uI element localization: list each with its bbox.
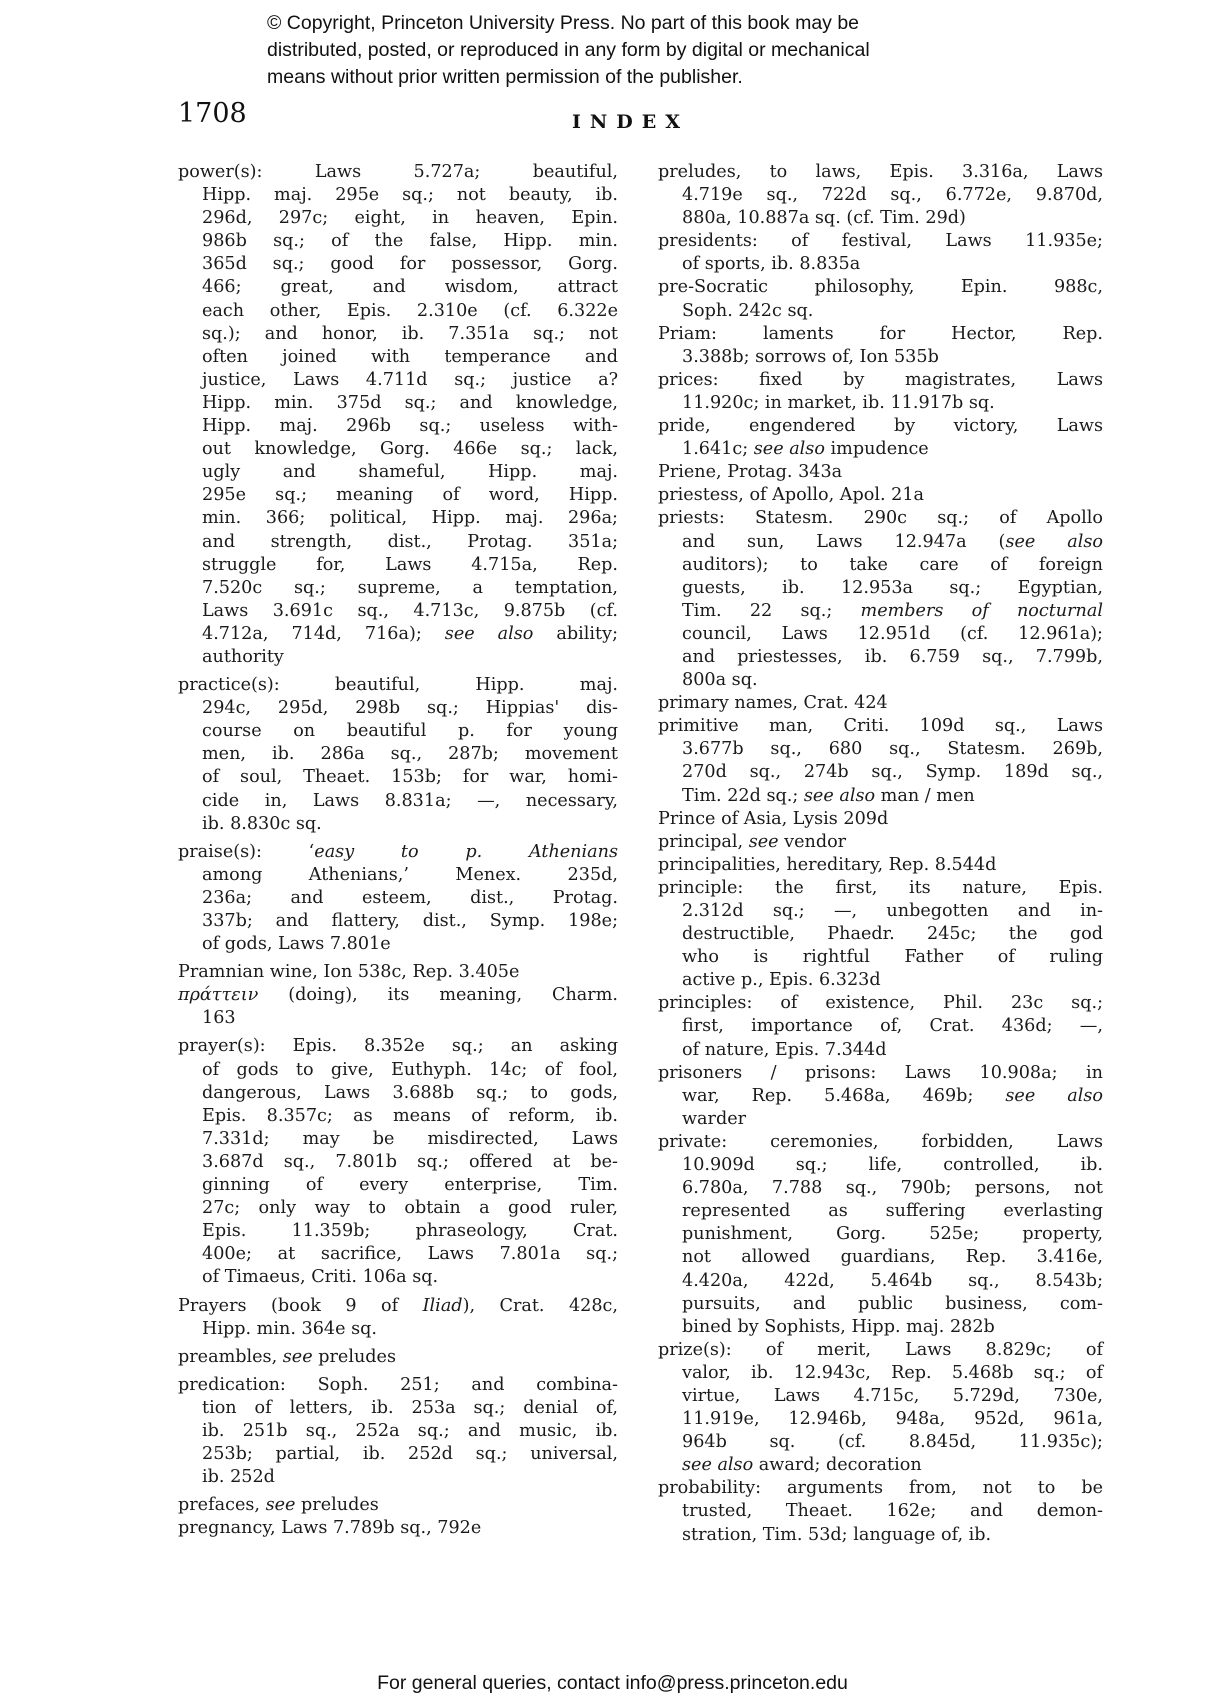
entry-continuation: ugly and shameful, Hipp. maj. [178, 461, 618, 484]
entry-continuation: and sun, Laws 12.947a (see also [658, 531, 1103, 554]
entry-continuation: 4.719e sq., 722d sq., 6.772e, 9.870d, [658, 184, 1103, 207]
entry-continuation: 3.687d sq., 7.801b sq.; offered at be- [178, 1151, 618, 1174]
index-entry: principles: of existence, Phil. 23c sq.;… [658, 992, 1103, 1061]
entry-text: of sports, ib. 8.835a [682, 254, 860, 274]
entry-text: 4.719e sq., 722d sq., 6.772e, 9.870d, [682, 185, 1103, 205]
entry-continuation: 10.909d sq.; life, controlled, ib. [658, 1154, 1103, 1177]
index-entry: probability: arguments from, not to betr… [658, 1477, 1103, 1546]
entry-continuation: see also award; decoration [658, 1454, 1103, 1477]
entry-text: sq.); and honor, ib. 7.351a sq.; not [202, 324, 618, 344]
footer-contact: For general queries, contact info@press.… [0, 1672, 1225, 1695]
italic-text: see also [754, 439, 825, 459]
entry-continuation: 253b; partial, ib. 252d sq.; universal, [178, 1443, 618, 1466]
index-entry: principalities, hereditary, Rep. 8.544d [658, 854, 1103, 877]
entry-text: punishment, Gorg. 525e; property, [682, 1224, 1103, 1244]
entry-text: auditors); to take care of foreign [682, 555, 1103, 575]
entry-continuation: cide in, Laws 8.831a; —, necessary, [178, 790, 618, 813]
entry-continuation: out knowledge, Gorg. 466e sq.; lack, [178, 438, 618, 461]
index-entry: practice(s): beautiful, Hipp. maj.294c, … [178, 674, 618, 836]
entry-headline: pre-Socratic philosophy, Epin. 988c, [658, 276, 1103, 299]
entry-text: eight, in heaven, Epin. [355, 208, 618, 228]
entry-text: Tim. 22d sq.; [682, 786, 804, 806]
entry-continuation: often joined with temperance and [178, 346, 618, 369]
entry-text: warder [682, 1109, 746, 1129]
entry-text: Prayers (book 9 of [178, 1296, 423, 1316]
entry-text: among Athenians,’ Menex. 235d, [202, 865, 618, 885]
entry-continuation: 365d sq.; good for possessor, Gorg. [178, 253, 618, 276]
entry-continuation: and priestesses, ib. 6.759 sq., 7.799b, [658, 646, 1103, 669]
entry-text: 236a; and esteem, dist., Protag. [202, 888, 618, 908]
entry-text: ib. 252d [202, 1467, 275, 1487]
index-entry: Priam: laments for Hector, Rep.3.388b; s… [658, 323, 1103, 369]
entry-text: Hipp. min. 364e sq. [202, 1319, 377, 1339]
index-entry: predication: Soph. 251; and combina-tion… [178, 1374, 618, 1489]
italic-text: see [749, 832, 779, 852]
entry-continuation: ginning of every enterprise, Tim. [178, 1174, 618, 1197]
entry-continuation: justice, Laws 4.711d sq.; justice a? [178, 369, 618, 392]
entry-text: Priene, Protag. 343a [658, 462, 842, 482]
entry-text: 11.920c; in market, ib. 11.917b sq. [682, 393, 995, 413]
entry-text: and priestesses, ib. 6.759 sq., 7.799b, [682, 647, 1103, 667]
entry-continuation: of nature, Epis. 7.344d [658, 1039, 1103, 1062]
entry-continuation: struggle for, Laws 4.715a, Rep. [178, 554, 618, 577]
italic-text: see [283, 1347, 313, 1367]
italic-text: Iliad [423, 1296, 463, 1316]
italic-text: easy to p. Athenians [314, 842, 618, 862]
index-entry: principal, see vendor [658, 831, 1103, 854]
entry-text: pursuits, and public business, com- [682, 1294, 1103, 1314]
entry-text: ugly and shameful, Hipp. maj. [202, 462, 618, 482]
entry-text: Laws 3.691c sq., 4.713c, 9.875b (cf. [202, 601, 618, 621]
index-column-left: power(s): Laws 5.727a; beautiful,Hipp. m… [178, 161, 618, 1545]
entry-text: 800a sq. [682, 670, 758, 690]
entry-continuation: represented as suffering everlasting [658, 1200, 1103, 1223]
entry-headline: principal, see vendor [658, 831, 1103, 854]
entry-text: of gods to give, Euthyph. 14c; of fool, [202, 1060, 618, 1080]
index-entry: pride, engendered by victory, Laws1.641c… [658, 415, 1103, 461]
entry-text: active p., Epis. 6.323d [682, 970, 881, 990]
entry-continuation: not allowed guardians, Rep. 3.416e, [658, 1246, 1103, 1269]
entry-continuation: course on beautiful p. for young [178, 720, 618, 743]
entry-headline: preludes, to laws, Epis. 3.316a, Laws [658, 161, 1103, 184]
entry-text: men, ib. 286a sq., 287b; movement [202, 744, 618, 764]
entry-continuation: destructible, Phaedr. 245c; the god [658, 923, 1103, 946]
entry-continuation: of Timaeus, Criti. 106a sq. [178, 1266, 618, 1289]
index-entry: prisoners / prisons: Laws 10.908a; inwar… [658, 1062, 1103, 1131]
italic-text: see also [1005, 532, 1103, 552]
entry-headline: prices: fixed by magistrates, Laws [658, 369, 1103, 392]
entry-headline: principle: the first, its nature, Epis. [658, 877, 1103, 900]
italic-text: see also [804, 786, 875, 806]
entry-text: Pramnian wine, Ion 538c, Rep. 3.405e [178, 962, 519, 982]
entry-continuation: 2.312d sq.; —, unbegotten and in- [658, 900, 1103, 923]
entry-text: predication: Soph. 251; and combina- [178, 1375, 618, 1395]
entry-continuation: guests, ib. 12.953a sq.; Egyptian, [658, 577, 1103, 600]
index-entry: pregnancy, Laws 7.789b sq., 792e [178, 1517, 618, 1540]
entry-text: man / men [875, 786, 975, 806]
entry-text: Hipp. maj. 295e sq.; not beauty, ib. [202, 185, 618, 205]
entry-text: war, Rep. 5.468a, 469b; [682, 1086, 1005, 1106]
entry-text: 337b; and flattery, dist., Symp. 198e; [202, 911, 618, 931]
entry-text: impudence [825, 439, 929, 459]
entry-continuation: of gods, Laws 7.801e [178, 933, 618, 956]
entry-continuation: among Athenians,’ Menex. 235d, [178, 864, 618, 887]
copyright-notice: © Copyright, Princeton University Press.… [267, 10, 987, 91]
entry-continuation: 11.920c; in market, ib. 11.917b sq. [658, 392, 1103, 415]
entry-continuation: Laws 3.691c sq., 4.713c, 9.875b (cf. [178, 600, 618, 623]
entry-continuation: men, ib. 286a sq., 287b; movement [178, 743, 618, 766]
index-entry: primary names, Crat. 424 [658, 692, 1103, 715]
entry-text: primary names, Crat. 424 [658, 693, 888, 713]
entry-continuation: 163 [178, 1007, 618, 1030]
entry-continuation: auditors); to take care of foreign [658, 554, 1103, 577]
index-entry: πράττειν (doing), its meaning, Charm.163 [178, 984, 618, 1030]
entry-continuation: 880a, 10.887a sq. (cf. Tim. 29d) [658, 207, 1103, 230]
copyright-line: distributed, posted, or reproduced in an… [267, 37, 987, 64]
index-entry: Prayers (book 9 of Iliad), Crat. 428c,Hi… [178, 1295, 618, 1341]
entry-continuation: 6.780a, 7.788 sq., 790b; persons, not [658, 1177, 1103, 1200]
entry-text: (doing), its meaning, Charm. [258, 985, 618, 1005]
entry-headline: pride, engendered by victory, Laws [658, 415, 1103, 438]
index-entry: prefaces, see preludes [178, 1494, 618, 1517]
entry-continuation: Hipp. maj. 296b sq.; useless with- [178, 415, 618, 438]
entry-continuation: 400e; at sacrifice, Laws 7.801a sq.; [178, 1243, 618, 1266]
entry-headline: priests: Statesm. 290c sq.; of Apollo [658, 507, 1103, 530]
entry-continuation: and strength, dist., Protag. 351a; [178, 531, 618, 554]
entry-continuation: 337b; and flattery, dist., Symp. 198e; [178, 910, 618, 933]
entry-text: 163 [202, 1008, 236, 1028]
entry-text: 3.687d sq., 7.801b sq.; offered at be- [202, 1152, 618, 1172]
entry-text: ginning of every enterprise, Tim. [202, 1175, 618, 1195]
entry-continuation: Hipp. min. 364e sq. [178, 1318, 618, 1341]
entry-text: 4.712a, 714d, 716a); [202, 624, 445, 644]
entry-continuation: Hipp. min. 375d sq.; and knowledge, [178, 392, 618, 415]
entry-continuation: virtue, Laws 4.715c, 5.729d, 730e, [658, 1385, 1103, 1408]
entry-text: prices: fixed by magistrates, Laws [658, 370, 1103, 390]
index-column-right: preludes, to laws, Epis. 3.316a, Laws4.7… [658, 161, 1103, 1547]
entry-text: of soul, Theaet. 153b; for war, homi- [202, 767, 618, 787]
entry-continuation: council, Laws 12.951d (cf. 12.961a); [658, 623, 1103, 646]
entry-headline: prefaces, see preludes [178, 1494, 618, 1517]
italic-text: members of nocturnal [861, 601, 1103, 621]
entry-continuation: authority [178, 646, 618, 669]
entry-headline: practice(s): beautiful, Hipp. maj. [178, 674, 618, 697]
entry-continuation: 270d sq., 274b sq., Symp. 189d sq., [658, 761, 1103, 784]
entry-continuation: first, importance of, Crat. 436d; —, [658, 1015, 1103, 1038]
entry-text: power(s): Laws 5.727a; beautiful, [178, 162, 618, 182]
italic-text: see also [682, 1455, 753, 1475]
italic-text: see [266, 1495, 296, 1515]
entry-continuation: of sports, ib. 8.835a [658, 253, 1103, 276]
entry-headline: prayer(s): Epis. 8.352e sq.; an asking [178, 1035, 618, 1058]
entry-text: 253b; partial, ib. 252d sq.; universal, [202, 1444, 618, 1464]
entry-text: primitive man, Criti. 109d sq., Laws [658, 716, 1103, 736]
entry-text: and strength, dist., Protag. 351a; [202, 532, 618, 552]
entry-text: pride, engendered by victory, Laws [658, 416, 1103, 436]
entry-text: Hipp. min. 375d sq.; and knowledge, [202, 393, 618, 413]
entry-headline: primitive man, Criti. 109d sq., Laws [658, 715, 1103, 738]
entry-text: often joined with temperance and [202, 347, 618, 367]
entry-text: 3.677b sq., 680 sq., Statesm. 269b, [682, 739, 1103, 759]
entry-continuation: sq.); and honor, ib. 7.351a sq.; not [178, 323, 618, 346]
entry-text: 986b sq.; of the false, Hipp. min. [202, 231, 618, 251]
entry-text: 7.520c sq.; supreme, a temptation, [202, 578, 618, 598]
entry-continuation: 294c, 295d, 298b sq.; Hippias' dis- [178, 697, 618, 720]
entry-text: 10.909d sq.; life, controlled, ib. [682, 1155, 1103, 1175]
entry-text: of nature, Epis. 7.344d [682, 1040, 887, 1060]
running-head: INDEX [572, 111, 689, 133]
entry-continuation: 3.388b; sorrows of, Ion 535b [658, 346, 1103, 369]
index-entry: Pramnian wine, Ion 538c, Rep. 3.405e [178, 961, 618, 984]
entry-headline: Pramnian wine, Ion 538c, Rep. 3.405e [178, 961, 618, 984]
entry-text: pregnancy, Laws 7.789b sq., 792e [178, 1518, 481, 1538]
entry-text: Prince of Asia, Lysis 209d [658, 809, 888, 829]
entry-continuation: 3.677b sq., 680 sq., Statesm. 269b, [658, 738, 1103, 761]
index-entry: pre-Socratic philosophy, Epin. 988c,Soph… [658, 276, 1103, 322]
index-entry: private: ceremonies, forbidden, Laws10.9… [658, 1131, 1103, 1339]
page-number: 1708 [178, 98, 247, 129]
entry-continuation: Tim. 22 sq.; members of nocturnal [658, 600, 1103, 623]
italic-text: see also [1005, 1086, 1103, 1106]
entry-continuation: warder [658, 1108, 1103, 1131]
entry-text: priests: Statesm. 290c sq.; of Apollo [658, 508, 1103, 528]
entry-continuation: min. 366; political, Hipp. maj. 296a; [178, 507, 618, 530]
entry-continuation: of soul, Theaet. 153b; for war, homi- [178, 766, 618, 789]
entry-headline: Priam: laments for Hector, Rep. [658, 323, 1103, 346]
entry-text: first, importance of, Crat. 436d; —, [682, 1016, 1103, 1036]
entry-continuation: 800a sq. [658, 669, 1103, 692]
entry-text: tion of letters, ib. 253a sq.; denial of… [202, 1398, 618, 1418]
entry-text: Tim. 22 sq.; [682, 601, 861, 621]
entry-continuation: 295e sq.; meaning of word, Hipp. [178, 484, 618, 507]
entry-continuation: each other, Epis. 2.310e (cf. 6.322e [178, 300, 618, 323]
italic-text: see also [445, 624, 534, 644]
entry-text: presidents: of festival, Laws 11.935e; [658, 231, 1103, 251]
entry-text: ib. 8.830c sq. [202, 814, 322, 834]
entry-text: struggle for, Laws 4.715a, Rep. [202, 555, 618, 575]
entry-text: Priam: laments for Hector, Rep. [658, 324, 1103, 344]
entry-text: 295e sq.; meaning of word, Hipp. [202, 485, 618, 505]
entry-continuation: tion of letters, ib. 253a sq.; denial of… [178, 1397, 618, 1420]
entry-continuation: ib. 251b sq., 252a sq.; and music, ib. [178, 1420, 618, 1443]
entry-text: Soph. 242c sq. [682, 301, 813, 321]
entry-text: of Timaeus, Criti. 106a sq. [202, 1267, 438, 1287]
entry-text: valor, ib. 12.943c, Rep. 5.468b sq.; of [682, 1363, 1103, 1383]
index-entry: primitive man, Criti. 109d sq., Laws3.67… [658, 715, 1103, 807]
entry-text: 294c, 295d, 298b sq.; Hippias' dis- [202, 698, 618, 718]
entry-continuation: stration, Tim. 53d; language of, ib. [658, 1524, 1103, 1547]
entry-continuation: 236a; and esteem, dist., Protag. [178, 887, 618, 910]
entry-text: principles: of existence, Phil. 23c sq.; [658, 993, 1103, 1013]
copyright-line: means without prior written permission o… [267, 64, 987, 91]
copyright-line: © Copyright, Princeton University Press.… [267, 10, 987, 37]
index-entry: preludes, to laws, Epis. 3.316a, Laws4.7… [658, 161, 1103, 230]
entry-text: principle: the first, its nature, Epis. [658, 878, 1103, 898]
entry-headline: principalities, hereditary, Rep. 8.544d [658, 854, 1103, 877]
entry-continuation: active p., Epis. 6.323d [658, 969, 1103, 992]
entry-text: preambles, [178, 1347, 283, 1367]
entry-headline: Prince of Asia, Lysis 209d [658, 808, 1103, 831]
entry-text: pre-Socratic philosophy, Epin. 988c, [658, 277, 1103, 297]
entry-text: 4.420a, 422d, 5.464b sq., 8.543b; [682, 1271, 1103, 1291]
entry-text: Hipp. maj. 296b sq.; useless with- [202, 416, 618, 436]
entry-headline: πράττειν (doing), its meaning, Charm. [178, 984, 618, 1007]
entry-continuation: Hipp. maj. 295e sq.; not beauty, ib. [178, 184, 618, 207]
entry-continuation: ib. 252d [178, 1466, 618, 1489]
entry-continuation: 466; great, and wisdom, attract [178, 276, 618, 299]
entry-text: preludes [313, 1347, 396, 1367]
entry-text: priestess, of Apollo, Apol. 21a [658, 485, 924, 505]
entry-text: who is rightful Father of ruling [682, 947, 1103, 967]
entry-continuation: Tim. 22d sq.; see also man / men [658, 785, 1103, 808]
entry-text: ability; [533, 624, 618, 644]
entry-text: 7.331d; may be misdirected, Laws [202, 1129, 618, 1149]
entry-headline: prize(s): of merit, Laws 8.829c; of [658, 1339, 1103, 1362]
entry-headline: probability: arguments from, not to be [658, 1477, 1103, 1500]
entry-text: practice(s): beautiful, Hipp. maj. [178, 675, 618, 695]
entry-text: justice, Laws 4.711d sq.; justice a? [202, 370, 618, 390]
index-entry: Prince of Asia, Lysis 209d [658, 808, 1103, 831]
entry-text: probability: arguments from, not to be [658, 1478, 1103, 1498]
index-entry: power(s): Laws 5.727a; beautiful,Hipp. m… [178, 161, 618, 669]
entry-text: 880a, 10.887a sq. (cf. Tim. 29d) [682, 208, 966, 228]
entry-headline: predication: Soph. 251; and combina- [178, 1374, 618, 1397]
entry-text: stration, Tim. 53d; language of, ib. [682, 1525, 991, 1545]
entry-text: 466; great, and wisdom, attract [202, 277, 618, 297]
entry-text: ), Crat. 428c, [463, 1296, 618, 1316]
entry-text: authority [202, 647, 284, 667]
entry-continuation: 4.420a, 422d, 5.464b sq., 8.543b; [658, 1270, 1103, 1293]
entry-text: award; decoration [753, 1455, 921, 1475]
entry-headline: power(s): Laws 5.727a; beautiful, [178, 161, 618, 184]
entry-text: ib. 251b sq., 252a sq.; and music, ib. [202, 1421, 618, 1441]
entry-continuation: pursuits, and public business, com- [658, 1293, 1103, 1316]
entry-text: preludes [295, 1495, 378, 1515]
entry-text: dangerous, Laws 3.688b sq.; to gods, [202, 1083, 618, 1103]
index-entry: priests: Statesm. 290c sq.; of Apolloand… [658, 507, 1103, 692]
entry-text: 400e; at sacrifice, Laws 7.801a sq.; [202, 1244, 618, 1264]
entry-text: 6.780a, 7.788 sq., 790b; persons, not [682, 1178, 1103, 1198]
entry-continuation: Epis. 11.359b; phraseology, Crat. [178, 1220, 618, 1243]
entry-continuation: 296d, 297c; eight, in heaven, Epin. [178, 207, 618, 230]
entry-continuation: ib. 8.830c sq. [178, 813, 618, 836]
entry-continuation: who is rightful Father of ruling [658, 946, 1103, 969]
index-entry: preambles, see preludes [178, 1346, 618, 1369]
entry-continuation: Soph. 242c sq. [658, 300, 1103, 323]
entry-continuation: trusted, Theaet. 162e; and demon- [658, 1500, 1103, 1523]
entry-headline: principles: of existence, Phil. 23c sq.; [658, 992, 1103, 1015]
entry-text: private: ceremonies, forbidden, Laws [658, 1132, 1103, 1152]
index-entry: principle: the first, its nature, Epis.2… [658, 877, 1103, 992]
entry-text: 27c; only way to obtain a good ruler, [202, 1198, 618, 1218]
entry-continuation: 4.712a, 714d, 716a); see also ability; [178, 623, 618, 646]
entry-text: cide in, Laws 8.831a; —, necessary, [202, 791, 618, 811]
entry-text: preludes, to laws, Epis. 3.316a, Laws [658, 162, 1103, 182]
entry-text: course on beautiful p. for young [202, 721, 618, 741]
entry-text: prefaces, [178, 1495, 266, 1515]
entry-text: Epis. 8.357c; as means of reform, ib. [202, 1106, 618, 1126]
entry-headline: presidents: of festival, Laws 11.935e; [658, 230, 1103, 253]
entry-text: trusted, Theaet. 162e; and demon- [682, 1501, 1103, 1521]
entry-text: prisoners / prisons: Laws 10.908a; in [658, 1063, 1103, 1083]
entry-headline: Priene, Protag. 343a [658, 461, 1103, 484]
italic-text: πράττειν [178, 985, 258, 1005]
entry-text: and sun, Laws 12.947a ( [682, 532, 1005, 552]
entry-text: praise(s): ‘ [178, 842, 314, 862]
entry-text: virtue, Laws 4.715c, 5.729d, 730e, [682, 1386, 1103, 1406]
entry-text: min. 366; political, Hipp. maj. 296a; [202, 508, 618, 528]
entry-continuation: Epis. 8.357c; as means of reform, ib. [178, 1105, 618, 1128]
entry-text: 296d, 297c; [202, 208, 355, 228]
entry-continuation: bined by Sophists, Hipp. maj. 282b [658, 1316, 1103, 1339]
entry-headline: priestess, of Apollo, Apol. 21a [658, 484, 1103, 507]
entry-text: out knowledge, Gorg. 466e sq.; lack, [202, 439, 618, 459]
entry-text: council, Laws 12.951d (cf. 12.961a); [682, 624, 1103, 644]
entry-continuation: 986b sq.; of the false, Hipp. min. [178, 230, 618, 253]
index-entry: praise(s): ‘easy to p. Atheniansamong At… [178, 841, 618, 956]
index-entry: prize(s): of merit, Laws 8.829c; ofvalor… [658, 1339, 1103, 1478]
entry-text: 365d sq.; good for possessor, Gorg. [202, 254, 618, 274]
entry-headline: praise(s): ‘easy to p. Athenians [178, 841, 618, 864]
entry-continuation: of gods to give, Euthyph. 14c; of fool, [178, 1059, 618, 1082]
entry-text: of gods, Laws 7.801e [202, 934, 391, 954]
entry-text: 2.312d sq.; —, unbegotten and in- [682, 901, 1103, 921]
entry-text: each other, Epis. 2.310e (cf. 6.322e [202, 301, 618, 321]
entry-continuation: 7.520c sq.; supreme, a temptation, [178, 577, 618, 600]
index-entry: priestess, of Apollo, Apol. 21a [658, 484, 1103, 507]
entry-text: 3.388b; sorrows of, Ion 535b [682, 347, 939, 367]
entry-text: 11.919e, 12.946b, 948a, 952d, 961a, [682, 1409, 1103, 1429]
entry-continuation: war, Rep. 5.468a, 469b; see also [658, 1085, 1103, 1108]
entry-text: Epis. 11.359b; phraseology, Crat. [202, 1221, 618, 1241]
entry-text: 964b sq. (cf. 8.845d, 11.935c); [682, 1432, 1103, 1452]
entry-text: bined by Sophists, Hipp. maj. 282b [682, 1317, 995, 1337]
entry-continuation: 1.641c; see also impudence [658, 438, 1103, 461]
entry-text: principal, [658, 832, 749, 852]
entry-headline: primary names, Crat. 424 [658, 692, 1103, 715]
entry-text: represented as suffering everlasting [682, 1201, 1103, 1221]
entry-continuation: punishment, Gorg. 525e; property, [658, 1223, 1103, 1246]
entry-text: prize(s): of merit, Laws 8.829c; of [658, 1340, 1103, 1360]
index-entry: prayer(s): Epis. 8.352e sq.; an askingof… [178, 1035, 618, 1289]
entry-continuation: 964b sq. (cf. 8.845d, 11.935c); [658, 1431, 1103, 1454]
index-entry: prices: fixed by magistrates, Laws11.920… [658, 369, 1103, 415]
entry-continuation: valor, ib. 12.943c, Rep. 5.468b sq.; of [658, 1362, 1103, 1385]
entry-text: 270d sq., 274b sq., Symp. 189d sq., [682, 762, 1103, 782]
index-entry: Priene, Protag. 343a [658, 461, 1103, 484]
entry-headline: preambles, see preludes [178, 1346, 618, 1369]
index-entry: presidents: of festival, Laws 11.935e;of… [658, 230, 1103, 276]
entry-headline: prisoners / prisons: Laws 10.908a; in [658, 1062, 1103, 1085]
entry-text: destructible, Phaedr. 245c; the god [682, 924, 1103, 944]
entry-headline: Prayers (book 9 of Iliad), Crat. 428c, [178, 1295, 618, 1318]
entry-continuation: dangerous, Laws 3.688b sq.; to gods, [178, 1082, 618, 1105]
entry-headline: pregnancy, Laws 7.789b sq., 792e [178, 1517, 618, 1540]
entry-text: prayer(s): Epis. 8.352e sq.; an asking [178, 1036, 618, 1056]
entry-continuation: 11.919e, 12.946b, 948a, 952d, 961a, [658, 1408, 1103, 1431]
entry-text: not allowed guardians, Rep. 3.416e, [682, 1247, 1103, 1267]
entry-text: vendor [779, 832, 847, 852]
entry-continuation: 7.331d; may be misdirected, Laws [178, 1128, 618, 1151]
entry-text: guests, ib. 12.953a sq.; Egyptian, [682, 578, 1103, 598]
entry-text: principalities, hereditary, Rep. 8.544d [658, 855, 996, 875]
entry-continuation: 27c; only way to obtain a good ruler, [178, 1197, 618, 1220]
entry-text: 1.641c; [682, 439, 754, 459]
entry-headline: private: ceremonies, forbidden, Laws [658, 1131, 1103, 1154]
